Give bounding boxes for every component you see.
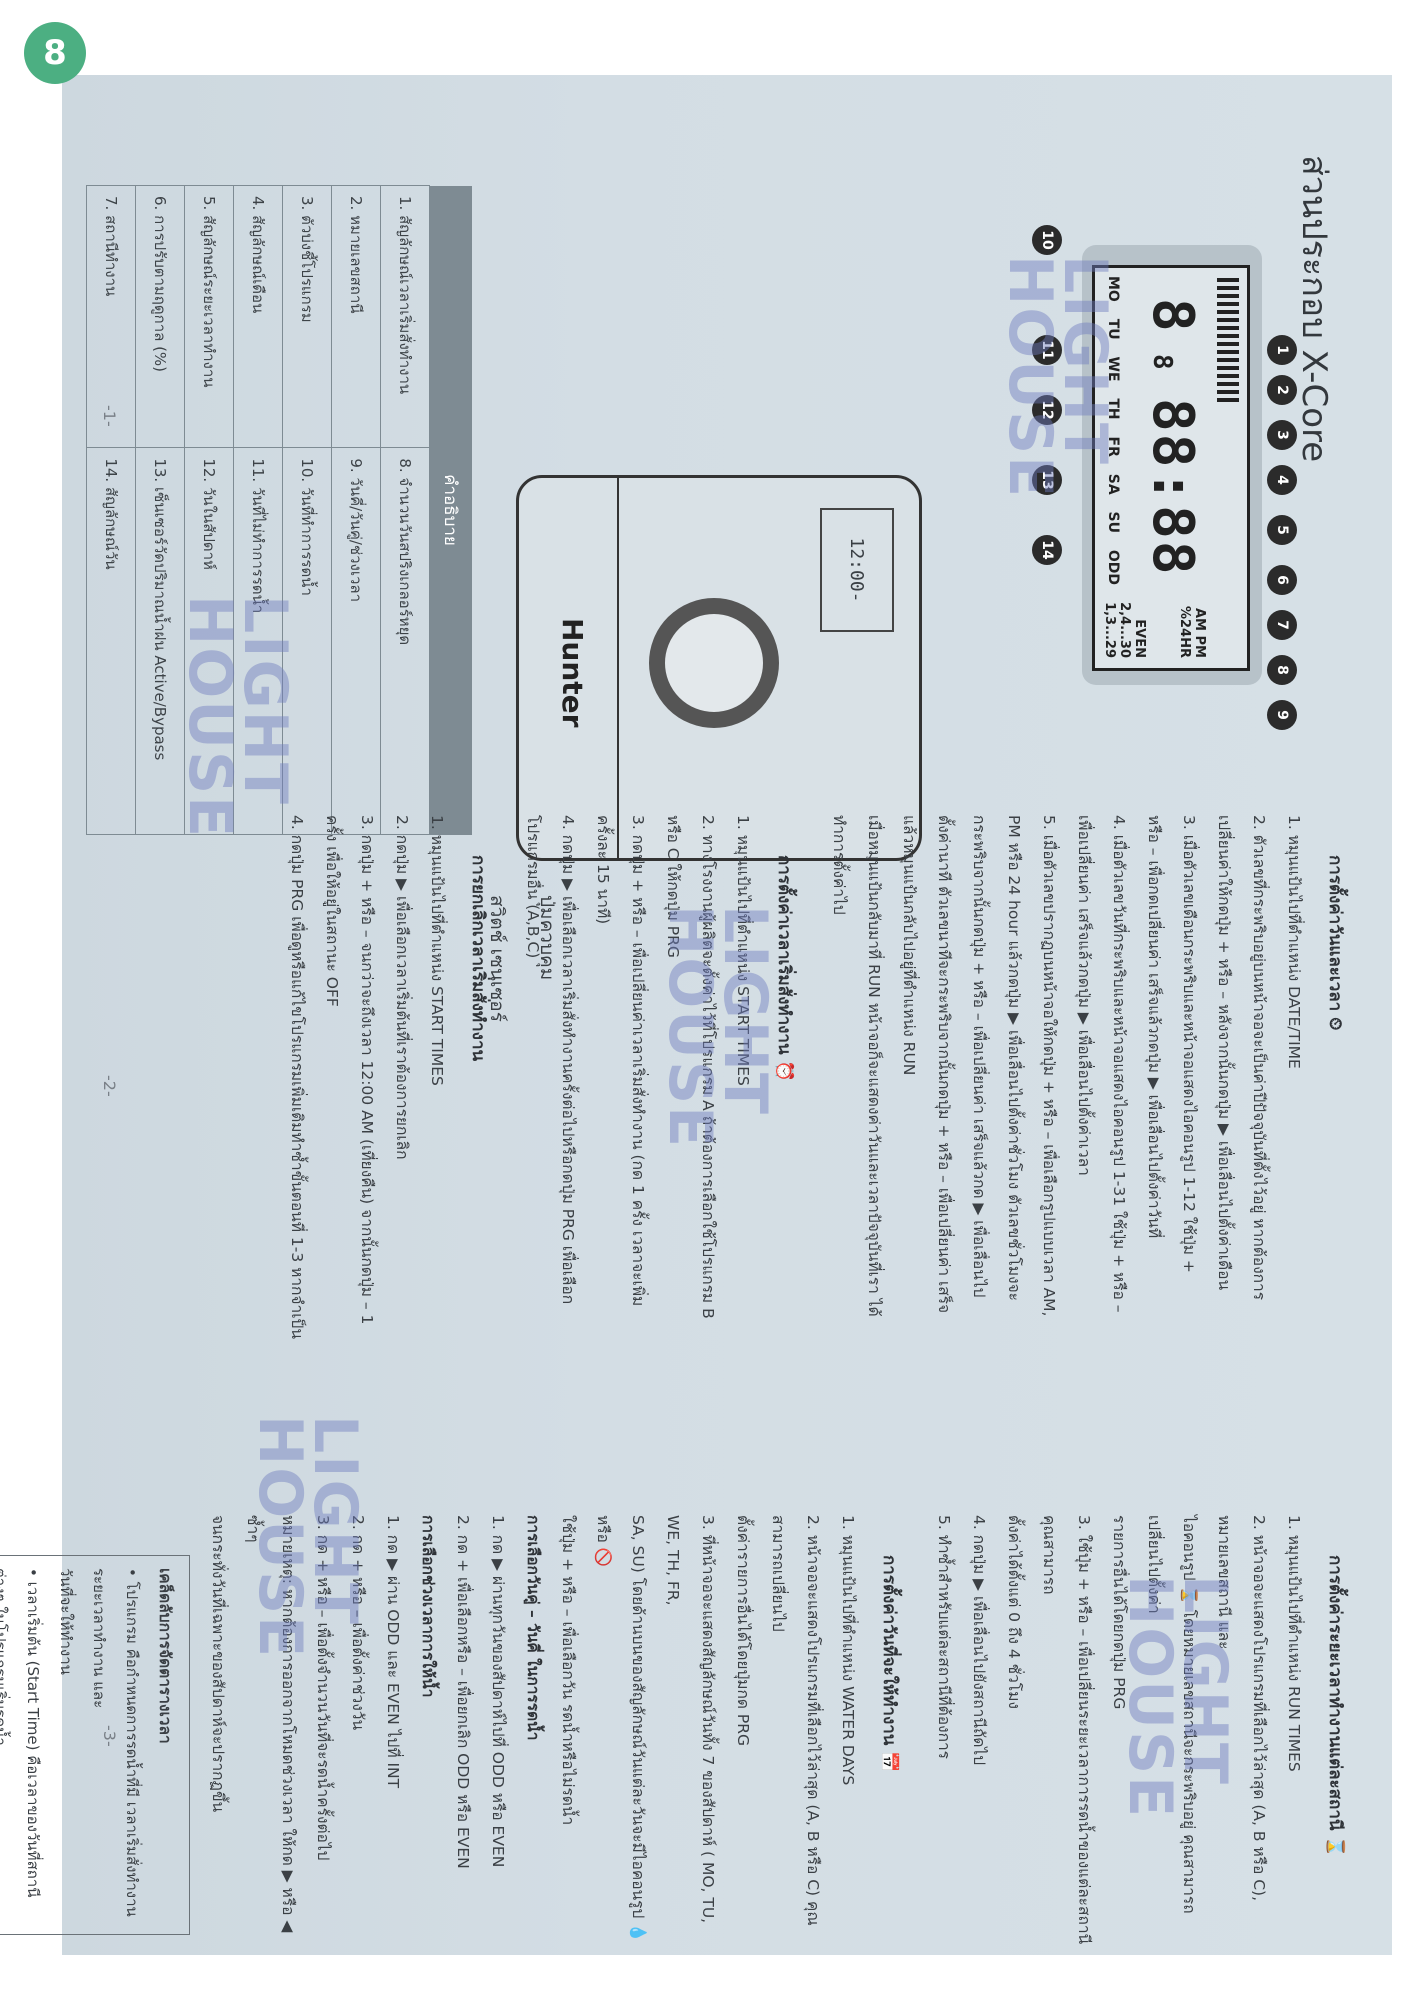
section-heading: การยกเลิกเวลาเริ่มสั่งทำงาน [460, 855, 495, 1435]
callout-4: 4 [1267, 465, 1297, 495]
callout-9: 9 [1267, 700, 1297, 730]
instruction-line: ครั้งละ 15 นาที) [585, 815, 620, 1435]
instruction-line: 5. ทำซ้ำสำหรับแต่ละสถานีที่ต้องการ [926, 1515, 961, 1945]
instruction-line: 2. ตัวเลขที่กระพริบอยู่บนหน้าจอจะเป็นค่า… [1241, 815, 1276, 1435]
instruction-line: 1. หมุนแป้นไปที่ตำแหน่ง START TIMES [419, 815, 454, 1435]
page-title: ส่วนประกอบ X-Core [1288, 155, 1342, 462]
scheduling-tips-box: เคล็ดลับการจัดตารางเวลา • โปรแกรม คือกำห… [0, 1555, 190, 1935]
legend-header: คำอธิบาย [430, 186, 473, 835]
section-heading: การตั้งค่าวันและเวลา ⏲ [1317, 855, 1352, 1435]
instruction-line: เพื่อเปลี่ยนค่า เสร็จแล้วกดปุ่ม ▶ เพื่อเ… [1066, 815, 1101, 1435]
station-bars [1217, 278, 1239, 403]
page-badge: 8 [24, 22, 86, 84]
instruction-line: ใช้ปุ่ม + หรือ – เพื่อเลือกวัน รดน้ำหรือ… [550, 1515, 585, 1945]
instruction-line: 3. ใช้ปุ่ม + หรือ – เพื่อเปลี่ยนระยะเวลา… [1031, 1515, 1101, 1945]
instruction-line: 3. เมื่อตัวเลขเดือนกระพริบและหน้าจอแสดงไ… [1171, 815, 1206, 1435]
time-digits: 88:88 [1140, 398, 1205, 577]
device-screen: 12:00- [820, 508, 894, 632]
instruction-line: PM หรือ 24 hour แล้วกดปุ่ม ▶ เพื่อเลื่อน… [996, 815, 1031, 1435]
legend-row: 7. สถานีทำงาน14. สัญลักษณ์วัน [87, 186, 136, 835]
page-number-2: -2- [100, 1075, 119, 1097]
instruction-line: 4. กดปุ่ม ▶ เพื่อเลือกเวลาเริ่มสั่งทำงาน… [550, 815, 585, 1435]
callout-6: 6 [1267, 565, 1297, 595]
dial-knob [649, 598, 779, 728]
instruction-line: 1. กด ▶ ผ่าน ODD และ EVEN ไปที่ INT [375, 1515, 410, 1945]
instruction-line: 2. กด + เพื่อเลือกหรือ – เพื่อยกเลิก ODD… [445, 1515, 480, 1945]
instruction-line: SA, SU) โดยด้านบนของสัญลักษณ์วันแต่ละวัน… [585, 1515, 655, 1945]
legend-row: 1. สัญลักษณ์เวลาเริ่มสั่งทำงาน8. จำนวนวั… [381, 186, 430, 835]
instruction-line: ทำการตั้งค่าไป [821, 815, 856, 1435]
instruction-line: 3. กดปุ่ม + หรือ – เพื่อเปลี่ยนค่าเวลาเร… [620, 815, 655, 1435]
instruction-line: ตั้งค่านาที ตัวเลขนาทีจะกระพริบจากนั้นกด… [926, 815, 961, 1435]
watermark: LIGHTHOUSE [662, 905, 772, 1149]
tips-heading: เคล็ดลับการจัดตารางเวลา [148, 1568, 181, 1922]
instruction-line: 4. กดปุ่ม PRG เพื่อดูหรือแก้ไขโปรแกรมเพิ… [279, 815, 314, 1435]
instruction-line: ตั้งค่ารายการอื่นได้โดยปุ่มกด PRG [725, 1515, 760, 1945]
section-heading: การตั้งค่าวันที่จะให้ทำงาน 📅 [871, 1555, 906, 1945]
instruction-line: 2. กดปุ่ม ▶ เพื่อเลือกเวลาเริ่มต้นที่เรา… [384, 815, 419, 1435]
instruction-line: 1. กด ▶ ผ่านทุกวันของสัปดาห์ไปที่ ODD หร… [480, 1515, 515, 1945]
legend-row: 2. หมายเลขสถานี9. วันคี่/วันคู่/ช่วงเวลา [332, 186, 381, 835]
instruction-line: หรือ – เพื่อกดเปลี่ยนค่า เสร็จแล้วกดปุ่ม… [1136, 815, 1171, 1435]
instruction-line: เปลี่ยนค่าให้กดปุ่ม + หรือ – หลังจากนั้น… [1206, 815, 1241, 1435]
program-digit: 8 [1140, 298, 1205, 334]
instruction-line: 1. หมุนแป้นไปที่ตำแหน่ง RUN TIMES [1276, 1515, 1311, 1945]
instruction-line: เมื่อหมุนแป้นกลับมาที่ RUN หน้าจอก็จะแสด… [856, 815, 891, 1435]
instruction-line: โปรแกรมอื่น (A,B,C) [515, 815, 550, 1435]
ampm-indicator: AM PM %24HR EVEN 2,4...30 1,3...29 [1102, 602, 1207, 658]
watermark: LIGHTHOUSE [1122, 1575, 1232, 1819]
callout-7: 7 [1267, 610, 1297, 640]
section-heading: การตั้งค่าระยะเวลาทำงานแต่ละสถานี ⌛ [1317, 1555, 1352, 1945]
callout-1: 1 [1267, 335, 1297, 365]
instruction-line: ตั้งค่าได้ตั้งแต่ 0 ถึง 4 ชั่วโมง [996, 1515, 1031, 1945]
tip-item: • เวลาเริ่มต้น (Start Time) คือเวลาของวั… [0, 1568, 49, 1922]
instruction-line: จนกระทั่งวันที่เฉพาะของสัปดาห์จะปรากฏขึ้… [200, 1515, 235, 1945]
page-number-3: -3- [100, 1725, 119, 1747]
instruction-line: แล้วหมุนแป้นกลับไปอยู่ที่ตำแหน่ง RUN [891, 815, 926, 1435]
instruction-line: 5. เมื่อตัวเลขปรากฏบนหน้าจอให้กดปุ่ม + ห… [1031, 815, 1066, 1435]
subsection-heading: การเลือกวันคู่ – วันคี่ ในการรดน้ำ [515, 1515, 550, 1945]
callout-14: 14 [1032, 535, 1062, 565]
page-2-column: การตั้งค่าวันและเวลา ⏲1. หมุนแป้นไปที่ตำ… [279, 815, 1372, 1435]
instruction-line: 1. หมุนแป้นไปที่ตำแหน่ง WATER DAYS [830, 1515, 865, 1945]
callout-10: 10 [1032, 225, 1062, 255]
instruction-line: 1. หมุนแป้นไปที่ตำแหน่ง DATE/TIME [1276, 815, 1311, 1435]
instruction-line: 3. ที่หน้าจอจะแสดงสัญลักษณ์วันทั้ง 7 ของ… [655, 1515, 725, 1945]
paper-page: ส่วนประกอบ X-Core 8 8 88:88 AM PM %24HR … [62, 75, 1392, 1955]
callout-2: 2 [1267, 375, 1297, 405]
instruction-line: 3. กดปุ่ม + หรือ – จนกว่าจะถึงเวลา 12:00… [349, 815, 384, 1435]
watermark: LIGHTHOUSE [1002, 255, 1112, 499]
callout-5: 5 [1267, 515, 1297, 545]
callout-8: 8 [1267, 655, 1297, 685]
page-number-1: -1- [100, 405, 119, 427]
tip-item: วันที่จะให้ทำงาน [49, 1568, 82, 1922]
manual-spread: ส่วนประกอบ X-Core 8 8 88:88 AM PM %24HR … [0, 0, 1414, 2000]
controller-device-diagram: 12:00- Hunter [516, 475, 922, 861]
instruction-line: 2. หน้าจอจะแสดงโปรแกรมที่เลือกไว้ล่าสุด … [760, 1515, 830, 1945]
brand-logo: Hunter [556, 618, 589, 727]
station-digit: 8 [1147, 354, 1177, 372]
subsection-heading: การเลือกช่วงเวลาการให้น้ำ [410, 1515, 445, 1945]
instruction-line: 4. กดปุ่ม ▶ เพื่อเลื่อนไปยังสถานีถัดไป [961, 1515, 996, 1945]
instruction-line: 4. เมื่อตัวเลขวันที่กระพริบและหน้าจอแสดง… [1101, 815, 1136, 1435]
watermark: LIGHTHOUSE [252, 1415, 362, 1659]
instruction-line: ครั้ง เพื่อให้อยู่ในสถานะ OFF [314, 815, 349, 1435]
instruction-line: กระพริบจากนั้นกดปุ่ม + หรือ – เพื่อเปลี่… [961, 815, 996, 1435]
watermark: LIGHTHOUSE [182, 595, 292, 839]
callout-3: 3 [1267, 420, 1297, 450]
